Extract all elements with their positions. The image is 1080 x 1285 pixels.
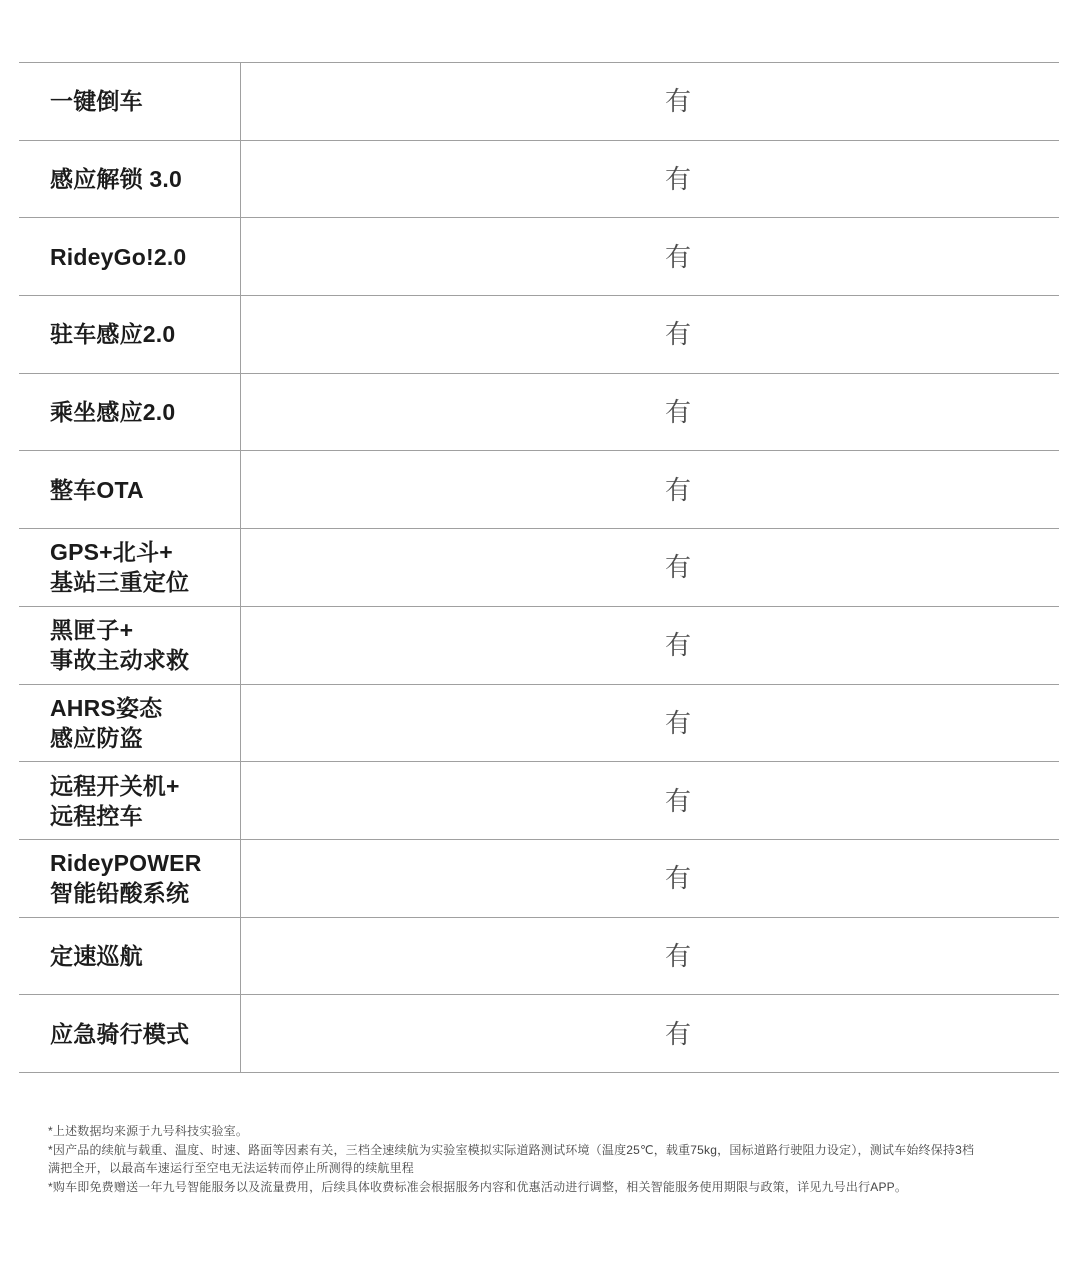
feature-label: RideyPOWER智能铅酸系统 xyxy=(19,848,202,908)
feature-value: 有 xyxy=(665,321,691,347)
feature-value: 有 xyxy=(665,88,691,114)
feature-label-line: 感应防盗 xyxy=(50,723,162,753)
feature-label-line: 应急骑行模式 xyxy=(50,1019,189,1049)
table-row: AHRS姿态感应防盗 有 xyxy=(19,685,1059,763)
feature-label: 定速巡航 xyxy=(19,941,143,971)
feature-label-line: 整车OTA xyxy=(50,475,144,505)
table-row: 驻车感应2.0 有 xyxy=(19,296,1059,374)
feature-label: 一键倒车 xyxy=(19,86,143,116)
table-row: 一键倒车 有 xyxy=(19,63,1059,141)
feature-label: 驻车感应2.0 xyxy=(19,319,175,349)
table-row: 感应解锁 3.0 有 xyxy=(19,141,1059,219)
feature-label-line: 黑匣子+ xyxy=(50,615,189,645)
table-row: 应急骑行模式 有 xyxy=(19,995,1059,1073)
footnotes: *上述数据均来源于九号科技实验室。*因产品的续航与载重、温度、时速、路面等因素有… xyxy=(48,1122,1038,1196)
feature-label-line: 基站三重定位 xyxy=(50,567,189,597)
feature-value: 有 xyxy=(665,166,691,192)
footnote-line: *购车即免费赠送一年九号智能服务以及流量费用，后续具体收费标准会根据服务内容和优… xyxy=(48,1178,1038,1197)
feature-label-line: 定速巡航 xyxy=(50,941,143,971)
spec-page: 一键倒车 有 感应解锁 3.0 有 RideyGo!2.0 有 驻车感应2.0 … xyxy=(0,0,1080,1285)
feature-label-line: 感应解锁 3.0 xyxy=(50,164,182,194)
feature-label-line: 一键倒车 xyxy=(50,86,143,116)
table-row: 定速巡航 有 xyxy=(19,918,1059,996)
feature-label-line: AHRS姿态 xyxy=(50,693,162,723)
feature-value: 有 xyxy=(665,943,691,969)
feature-label-line: RideyGo!2.0 xyxy=(50,242,186,272)
footnote-line: *上述数据均来源于九号科技实验室。 xyxy=(48,1122,1038,1141)
feature-label-line: 驻车感应2.0 xyxy=(50,319,175,349)
feature-label-line: 远程控车 xyxy=(50,801,180,831)
table-row: GPS+北斗+基站三重定位 有 xyxy=(19,529,1059,607)
feature-table-rows: 一键倒车 有 感应解锁 3.0 有 RideyGo!2.0 有 驻车感应2.0 … xyxy=(19,63,1059,1073)
footnote-line: 满把全开，以最高车速运行至空电无法运转而停止所测得的续航里程 xyxy=(48,1159,1038,1178)
column-divider xyxy=(240,63,241,1073)
feature-label-line: GPS+北斗+ xyxy=(50,537,189,567)
feature-value: 有 xyxy=(665,554,691,580)
table-row: RideyPOWER智能铅酸系统 有 xyxy=(19,840,1059,918)
table-row: 乘坐感应2.0 有 xyxy=(19,374,1059,452)
feature-label: 感应解锁 3.0 xyxy=(19,164,182,194)
table-row: 黑匣子+事故主动求救 有 xyxy=(19,607,1059,685)
feature-label: RideyGo!2.0 xyxy=(19,242,186,272)
feature-label-line: RideyPOWER xyxy=(50,848,202,878)
feature-label: 整车OTA xyxy=(19,475,144,505)
feature-label: 远程开关机+远程控车 xyxy=(19,771,180,831)
feature-value: 有 xyxy=(665,632,691,658)
feature-label: AHRS姿态感应防盗 xyxy=(19,693,162,753)
feature-value: 有 xyxy=(665,710,691,736)
feature-value: 有 xyxy=(665,399,691,425)
feature-value: 有 xyxy=(665,477,691,503)
feature-value: 有 xyxy=(665,865,691,891)
feature-label: 应急骑行模式 xyxy=(19,1019,189,1049)
feature-label-line: 智能铅酸系统 xyxy=(50,878,202,908)
footnote-line: *因产品的续航与载重、温度、时速、路面等因素有关，三档全速续航为实验室模拟实际道… xyxy=(48,1141,1038,1160)
table-row: RideyGo!2.0 有 xyxy=(19,218,1059,296)
feature-label: GPS+北斗+基站三重定位 xyxy=(19,537,189,597)
feature-label: 乘坐感应2.0 xyxy=(19,397,175,427)
table-row: 整车OTA 有 xyxy=(19,451,1059,529)
feature-spec-table: 一键倒车 有 感应解锁 3.0 有 RideyGo!2.0 有 驻车感应2.0 … xyxy=(19,62,1059,1073)
feature-value: 有 xyxy=(665,1021,691,1047)
feature-label-line: 远程开关机+ xyxy=(50,771,180,801)
feature-value: 有 xyxy=(665,244,691,270)
feature-label: 黑匣子+事故主动求救 xyxy=(19,615,189,675)
feature-label-line: 乘坐感应2.0 xyxy=(50,397,175,427)
feature-label-line: 事故主动求救 xyxy=(50,645,189,675)
table-row: 远程开关机+远程控车 有 xyxy=(19,762,1059,840)
feature-value: 有 xyxy=(665,788,691,814)
